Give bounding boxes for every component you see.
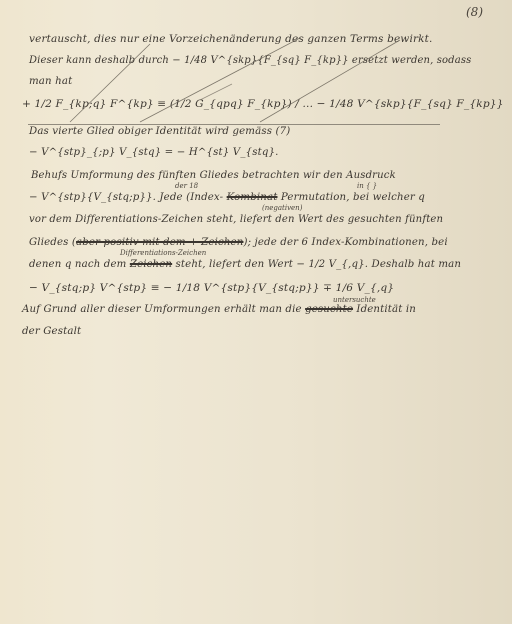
text-line-5: Das vierte Glied obiger Identität wird g… xyxy=(29,126,290,137)
insertion-untersuchte: untersuchte xyxy=(333,296,376,304)
equation-line-1: + 1/2 F_{kp;q} F^{kp} ≡ (1/2 G_{qpq} F_{… xyxy=(22,98,504,110)
text-line-10: Gliedes (aber positiv mit dem + Zeichen)… xyxy=(29,237,448,248)
text-line-8a: − V^{stp}{V_{stq;p}}. Jede (Index- xyxy=(29,192,223,203)
struck-word-zeichen: Zeichen xyxy=(130,259,172,270)
horizontal-rule xyxy=(28,124,440,125)
text-line-9: vor dem Differentiations-Zeichen steht, … xyxy=(29,214,443,225)
text-line-10c: ); jede der 6 Index-Kombinationen, bei xyxy=(243,237,447,248)
insertion-differentiations-zeichen: Differentiations-Zeichen xyxy=(120,249,206,257)
struck-word-gesuchte: gesuchte xyxy=(305,304,353,315)
equation-line-3: − V^{stp}{V_{stq;p}}. Jede (Index- Kombi… xyxy=(29,192,425,203)
manuscript-page: (8) vertauscht, dies nur eine Vorzeichen… xyxy=(0,0,512,624)
insertion-der-18: der 18 xyxy=(175,182,198,190)
equation-line-4: − V_{stq;p} V^{stp} ≡ − 1/18 V^{stp}{V_{… xyxy=(29,282,394,294)
text-line-1: vertauscht, dies nur eine Vorzeichenände… xyxy=(29,34,433,45)
text-line-7: Behufs Umformung des fünften Gliedes bet… xyxy=(31,170,396,181)
text-line-11: denen q nach dem Zeichen steht, liefert … xyxy=(29,259,461,270)
text-line-11c: steht, liefert den Wert − 1/2 V_{,q}. De… xyxy=(176,259,462,270)
struck-phrase-aber-positiv: aber positiv mit dem + Zeichen xyxy=(76,237,243,248)
text-line-8c: Permutation, bei welcher q xyxy=(281,192,425,203)
page-number: (8) xyxy=(466,5,483,19)
equation-line-2: − V^{stp}_{;p} V_{stq} = − H^{st} V_{stq… xyxy=(29,147,279,158)
text-line-13c: Identität in xyxy=(356,304,416,315)
text-line-13: Auf Grund aller dieser Umformungen erhäl… xyxy=(22,304,416,315)
insertion-in-braces: in { } xyxy=(357,182,377,190)
text-line-2: Dieser kann deshalb durch − 1/48 V^{skp}… xyxy=(29,55,471,66)
text-line-11a: denen q nach dem xyxy=(29,259,126,270)
text-line-13a: Auf Grund aller dieser Umformungen erhäl… xyxy=(22,304,302,315)
insertion-negativen: (negativen) xyxy=(262,204,302,212)
struck-word-kombinat: Kombinat xyxy=(227,192,278,203)
text-line-14: der Gestalt xyxy=(22,326,81,337)
text-line-3: man hat xyxy=(29,76,72,87)
text-line-10a: Gliedes ( xyxy=(29,237,76,248)
